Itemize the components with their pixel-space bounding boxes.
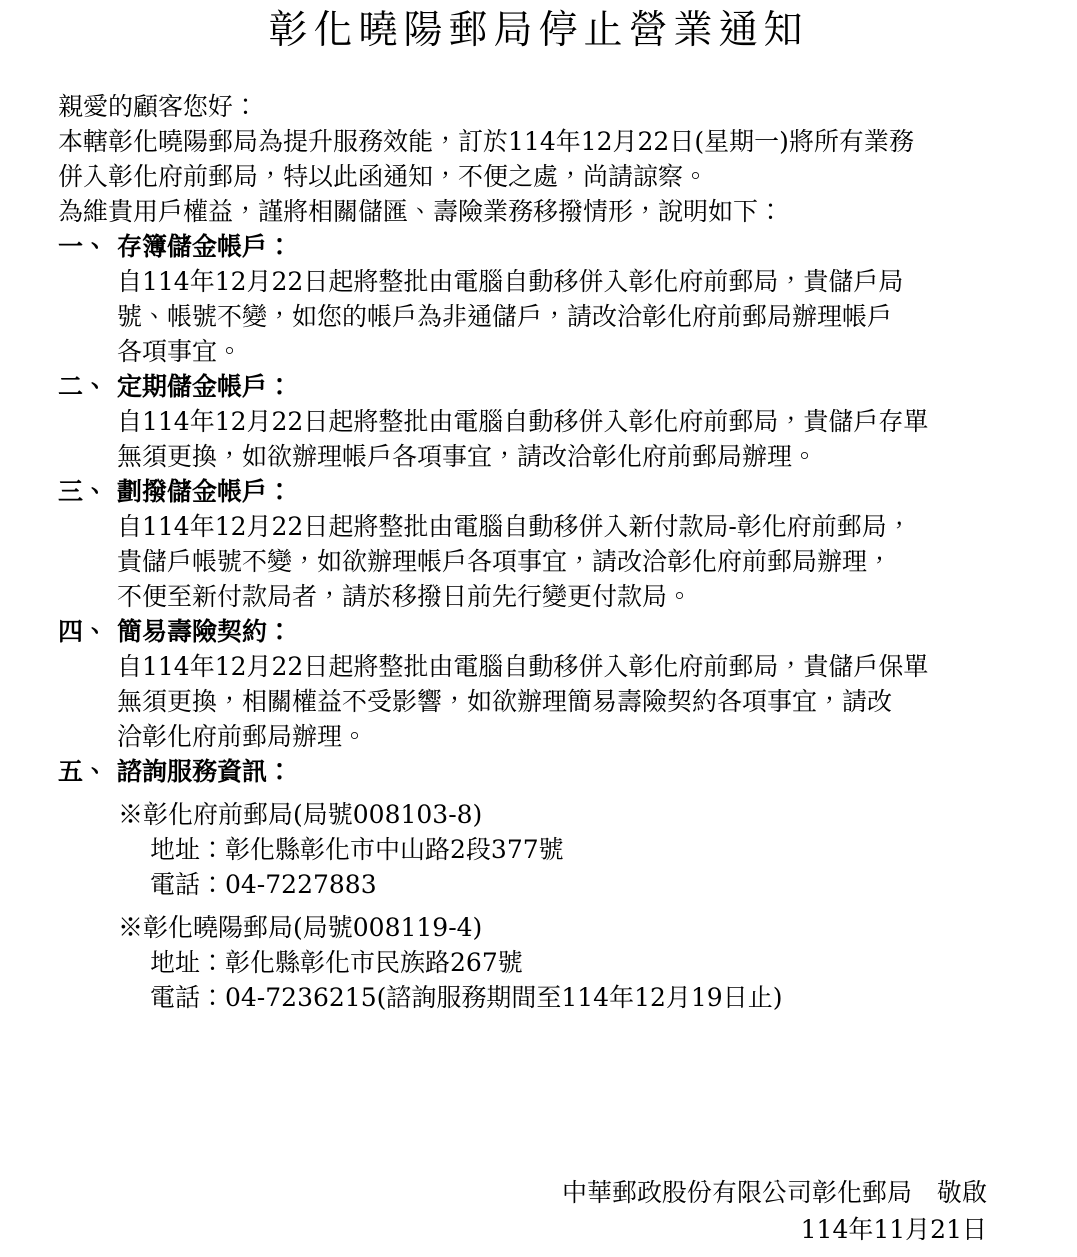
section-title: 定期儲金帳戶： [117,369,292,404]
section-title: 存簿儲金帳戶： [117,229,292,264]
section-title: 簡易壽險契約： [117,614,292,649]
section-body: 自114年12月22日起將整批由電腦自動移併入彰化府前郵局，貴儲戶存單 無須更換… [58,404,1022,474]
document-body: 親愛的顧客您好： 本轄彰化曉陽郵局為提升服務效能，訂於114年12月22日(星期… [0,89,1077,1015]
section-heading: 一、 存簿儲金帳戶： [58,229,1022,264]
intro-greeting: 親愛的顧客您好： [58,89,1022,124]
section-number: 一、 [58,229,117,264]
section-heading: 五、 諮詢服務資訊： [58,754,1022,789]
office-name: ※彰化府前郵局(局號008103-8) [58,797,1022,832]
section-passbook-savings: 一、 存簿儲金帳戶： 自114年12月22日起將整批由電腦自動移併入彰化府前郵局… [58,229,1022,369]
section-number: 二、 [58,369,117,404]
section-life-insurance: 四、 簡易壽險契約： 自114年12月22日起將整批由電腦自動移併入彰化府前郵局… [58,614,1022,754]
body-line: 無須更換，如欲辦理帳戶各項事宜，請改洽彰化府前郵局辦理。 [117,439,1022,474]
section-body: 自114年12月22日起將整批由電腦自動移併入新付款局-彰化府前郵局， 貴儲戶帳… [58,509,1022,614]
body-line: 自114年12月22日起將整批由電腦自動移併入彰化府前郵局，貴儲戶局 [117,264,1022,299]
office-address: 地址：彰化縣彰化市民族路267號 [58,945,1022,980]
notice-document: 彰化曉陽郵局停止營業通知 親愛的顧客您好： 本轄彰化曉陽郵局為提升服務效能，訂於… [0,0,1077,1257]
body-line: 號、帳號不變，如您的帳戶為非通儲戶，請改洽彰化府前郵局辦理帳戶 [117,299,1022,334]
section-body: 自114年12月22日起將整批由電腦自動移併入彰化府前郵局，貴儲戶局 號、帳號不… [58,264,1022,369]
office-phone: 電話：04-7236215(諮詢服務期間至114年12月19日止) [58,980,1022,1015]
body-line: 自114年12月22日起將整批由電腦自動移併入新付款局-彰化府前郵局， [117,509,1022,544]
body-line: 貴儲戶帳號不變，如欲辦理帳戶各項事宜，請改洽彰化府前郵局辦理， [117,544,1022,579]
section-service-info: 五、 諮詢服務資訊： ※彰化府前郵局(局號008103-8) 地址：彰化縣彰化市… [58,754,1022,1015]
section-number: 三、 [58,474,117,509]
document-title: 彰化曉陽郵局停止營業通知 [0,6,1077,56]
section-time-deposit: 二、 定期儲金帳戶： 自114年12月22日起將整批由電腦自動移併入彰化府前郵局… [58,369,1022,474]
intro-line: 併入彰化府前郵局，特以此函通知，不便之處，尚請諒察。 [58,159,1022,194]
office-info-xiaoyang: ※彰化曉陽郵局(局號008119-4) 地址：彰化縣彰化市民族路267號 電話：… [58,910,1022,1015]
office-phone: 電話：04-7227883 [58,867,1022,902]
office-info-fuqian: ※彰化府前郵局(局號008103-8) 地址：彰化縣彰化市中山路2段377號 電… [58,797,1022,902]
intro-line: 本轄彰化曉陽郵局為提升服務效能，訂於114年12月22日(星期一)將所有業務 [58,124,1022,159]
body-line: 不便至新付款局者，請於移撥日前先行變更付款局。 [117,579,1022,614]
body-line: 各項事宜。 [117,334,1022,369]
intro-line: 為維貴用戶權益，謹將相關儲匯、壽險業務移撥情形，說明如下： [58,194,1022,229]
body-line: 自114年12月22日起將整批由電腦自動移併入彰化府前郵局，貴儲戶保單 [117,649,1022,684]
office-name: ※彰化曉陽郵局(局號008119-4) [58,910,1022,945]
section-heading: 三、 劃撥儲金帳戶： [58,474,1022,509]
body-line: 自114年12月22日起將整批由電腦自動移併入彰化府前郵局，貴儲戶存單 [117,404,1022,439]
section-body: 自114年12月22日起將整批由電腦自動移併入彰化府前郵局，貴儲戶保單 無須更換… [58,649,1022,754]
body-line: 無須更換，相關權益不受影響，如欲辦理簡易壽險契約各項事宜，請改 [117,684,1022,719]
document-footer: 中華郵政股份有限公司彰化郵局 敬啟 114年11月21日 [0,1174,1077,1248]
section-number: 四、 [58,614,117,649]
office-address: 地址：彰化縣彰化市中山路2段377號 [58,832,1022,867]
section-giro-account: 三、 劃撥儲金帳戶： 自114年12月22日起將整批由電腦自動移併入新付款局-彰… [58,474,1022,614]
section-number: 五、 [58,754,117,789]
section-title: 諮詢服務資訊： [117,754,292,789]
section-title: 劃撥儲金帳戶： [117,474,292,509]
body-line: 洽彰化府前郵局辦理。 [117,719,1022,754]
intro-paragraph: 親愛的顧客您好： 本轄彰化曉陽郵局為提升服務效能，訂於114年12月22日(星期… [58,89,1022,229]
footer-signature: 中華郵政股份有限公司彰化郵局 敬啟 [0,1174,987,1211]
section-heading: 二、 定期儲金帳戶： [58,369,1022,404]
section-heading: 四、 簡易壽險契約： [58,614,1022,649]
footer-date: 114年11月21日 [0,1211,987,1248]
